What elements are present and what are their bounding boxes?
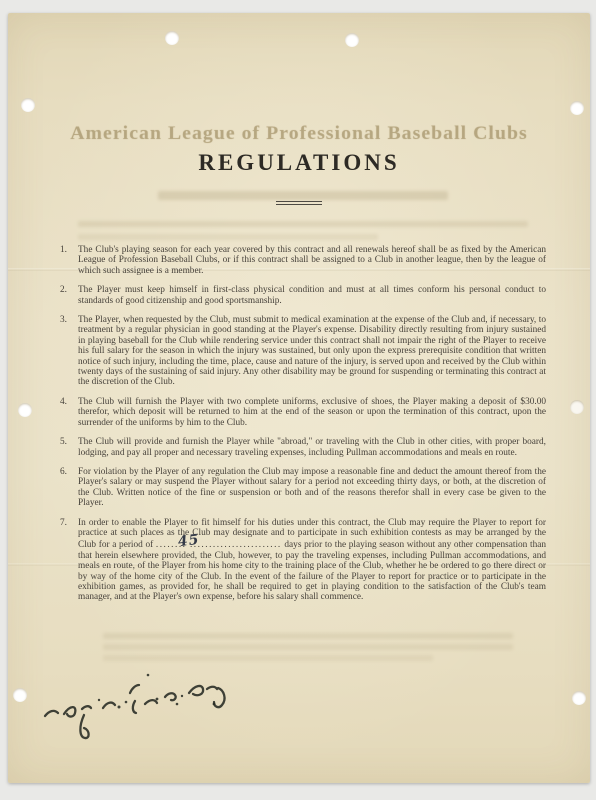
regulations-list: 1. The Club's playing season for each ye…	[60, 245, 546, 612]
bleedthrough-text-smudge	[103, 633, 513, 639]
regulation-item-4: 4. The Club will furnish the Player with…	[60, 397, 546, 428]
signature-ink	[38, 663, 250, 741]
bleedthrough-text-smudge	[158, 191, 448, 200]
fill-in-blank-dots: ........................	[190, 540, 282, 550]
bleedthrough-text-smudge	[103, 644, 513, 650]
page-title: REGULATIONS	[8, 150, 590, 176]
regulation-item-6: 6. For violation by the Player of any re…	[60, 467, 546, 509]
regulation-item-7: 7. In order to enable the Player to fit …	[60, 518, 546, 603]
punch-hole	[18, 403, 32, 417]
regulation-item-2: 2. The Player must keep himself in first…	[60, 285, 546, 306]
punch-hole	[572, 691, 586, 705]
regulation-text: The Club will furnish the Player with tw…	[78, 397, 546, 428]
punch-hole	[570, 101, 584, 115]
punch-hole	[13, 688, 27, 702]
bleedthrough-text-smudge	[78, 221, 528, 227]
regulation-number: 1.	[60, 245, 73, 276]
handwritten-days-value: 45	[178, 535, 201, 548]
regulation-number: 3.	[60, 315, 73, 388]
scanned-contract-page: American League of Professional Baseball…	[8, 13, 590, 783]
regulation-number: 5.	[60, 437, 73, 458]
regulation-item-3: 3. The Player, when requested by the Clu…	[60, 315, 546, 388]
bleedthrough-text-smudge	[78, 234, 378, 240]
bleedthrough-heading: American League of Professional Baseball…	[0, 123, 596, 145]
regulation-item-1: 1. The Club's playing season for each ye…	[60, 245, 546, 276]
regulation-number: 7.	[60, 518, 73, 603]
regulation-item-5: 5. The Club will provide and furnish the…	[60, 437, 546, 458]
regulation-number: 2.	[60, 285, 73, 306]
regulation-text: In order to enable the Player to fit him…	[78, 518, 546, 603]
regulation-number: 6.	[60, 467, 73, 509]
regulation-text: The Player must keep himself in first-cl…	[78, 285, 546, 306]
punch-hole	[21, 98, 35, 112]
regulation-text: The Player, when requested by the Club, …	[78, 315, 546, 388]
punch-hole	[165, 31, 179, 45]
regulation-text: The Club's playing season for each year …	[78, 245, 546, 276]
regulation-text: For violation by the Player of any regul…	[78, 467, 546, 509]
regulation-number: 4.	[60, 397, 73, 428]
bleedthrough-text-smudge	[103, 655, 433, 661]
punch-hole	[345, 33, 359, 47]
regulation-text: The Club will provide and furnish the Pl…	[78, 437, 546, 458]
title-divider-rule	[276, 201, 322, 205]
punch-hole	[570, 400, 584, 414]
